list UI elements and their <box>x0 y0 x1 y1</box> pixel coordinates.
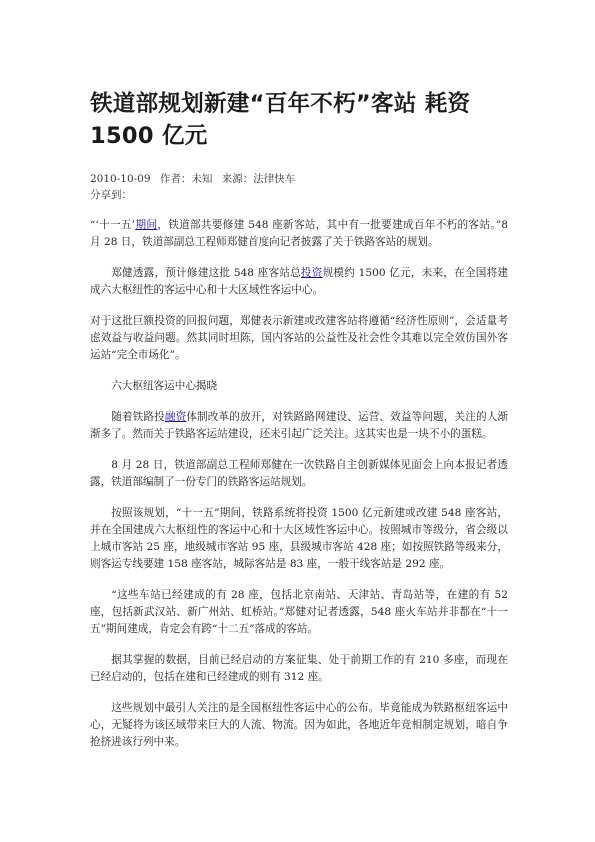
p4-text-before: 随着铁路投 <box>111 411 165 423</box>
paragraph-8: 据其掌握的数据，目前已经启动的方案征集、处于前期工作的有 210 多座，而现在已… <box>90 652 508 686</box>
author: 未知 <box>191 173 212 185</box>
paragraph-5: 8 月 28 日，铁道部副总工程师郑健在一次铁路自主创新媒体见面会上向本报记者透… <box>90 457 508 491</box>
author-label: 作者： <box>160 173 192 185</box>
source: 法律快车 <box>253 173 295 185</box>
paragraph-1: “‘十一五’期间，铁道部共要修建 548 座新客站，其中有一批要建成百年不朽的客… <box>90 217 508 251</box>
share-label: 分享到： <box>90 187 508 203</box>
article-meta: 2010-10-09 作者：未知 来源：法律快车 <box>90 171 508 187</box>
publish-date: 2010-10-09 <box>90 173 151 185</box>
paragraph-7: “这些车站已经建成的有 28 座，包括北京南站、天津站、青岛站等，在建的有 52… <box>90 587 508 638</box>
article-title: 铁道部规划新建“百年不朽”客站 耗资 1500 亿元 <box>90 88 508 152</box>
link-financing[interactable]: 融资 <box>165 411 186 423</box>
paragraph-2: 郑健透露，预计修建这批 548 座客站总投资规模约 1500 亿元，未来，在全国… <box>90 265 508 299</box>
paragraph-9: 这些规划中最引人关注的是全国枢纽性客运中心的公布。毕竟能成为铁路枢纽客运中心，无… <box>90 700 508 751</box>
section-subheading: 六大枢纽客运中心揭晓 <box>90 378 508 395</box>
link-period[interactable]: 期间 <box>135 219 157 231</box>
source-label: 来源： <box>222 173 254 185</box>
p2-text-before: 郑健透露，预计修建这批 548 座客站总 <box>111 267 301 279</box>
article: 铁道部规划新建“百年不朽”客站 耗资 1500 亿元 2010-10-09 作者… <box>90 88 508 765</box>
p1-text-before: “‘十一五’ <box>90 219 135 231</box>
link-investment[interactable]: 投资 <box>301 267 323 279</box>
paragraph-6: 按照该规划，“十一五”期间，铁路系统将投资 1500 亿元新建或改建 548 座… <box>90 505 508 573</box>
paragraph-3: 对于这批巨额投资的回报问题，郑健表示新建或改建客站将遵循“经济性原则”，会适量考… <box>90 313 508 364</box>
paragraph-4: 随着铁路投融资体制改革的放开，对铁路路网建设、运营、效益等问题，关注的人渐渐多了… <box>90 409 508 443</box>
